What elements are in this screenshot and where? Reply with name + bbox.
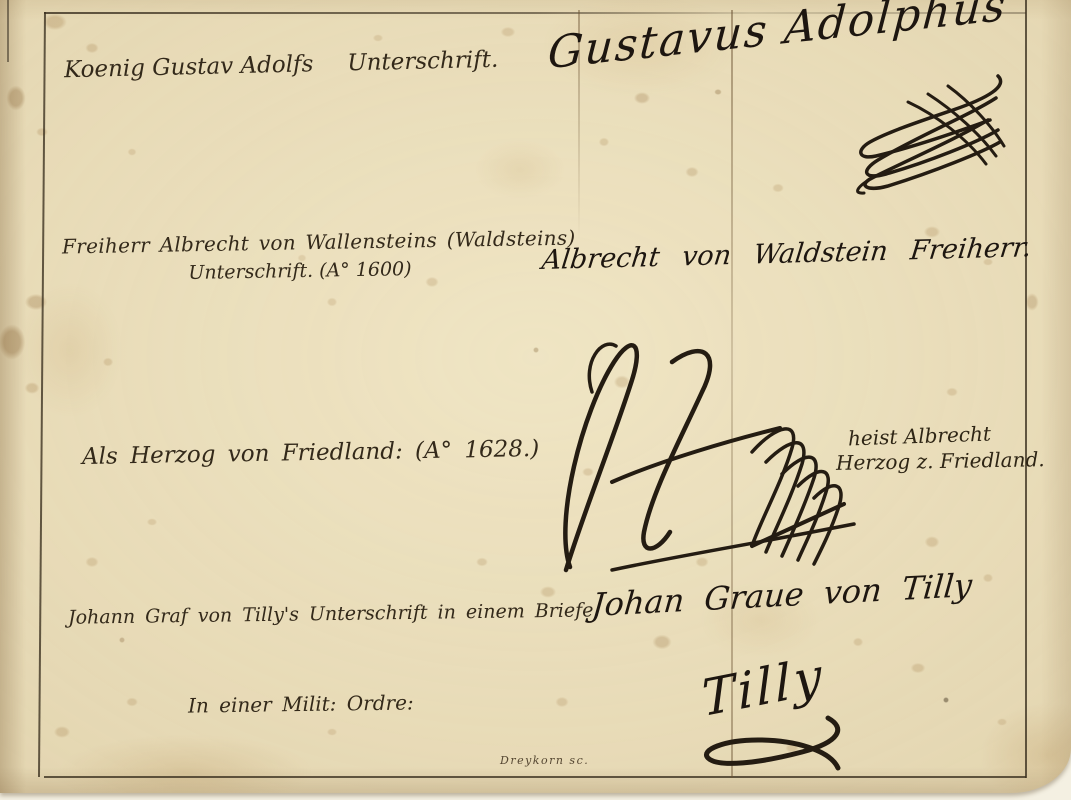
gustav-paraph-flourish-icon (848, 68, 1016, 196)
caption-gustav-suffix: Unterschrift. (347, 47, 499, 77)
page-edge-mark (7, 0, 9, 62)
friedland-monogram-flourish-icon (552, 332, 882, 582)
caption-wallenstein-line2: Unterschrift. (A° 1600) (165, 258, 435, 285)
plate-border-bottom (44, 776, 1026, 778)
scanned-autograph-plate: Koenig Gustav Adolfs Unterschrift. Gusta… (0, 0, 1071, 800)
plate-border-right (1025, 0, 1027, 778)
paper-page: Koenig Gustav Adolfs Unterschrift. Gusta… (0, 0, 1071, 793)
tilly-underline-flourish-icon (690, 712, 848, 778)
friedland-signature-note-line1: heist Albrecht (848, 422, 992, 451)
friedland-signature-note-line2: Herzog z. Friedland. (836, 447, 1045, 475)
engraver-credit: Dreykorn sc. (500, 754, 589, 767)
caption-tilly-order: In einer Milit: Ordre: (188, 690, 414, 717)
